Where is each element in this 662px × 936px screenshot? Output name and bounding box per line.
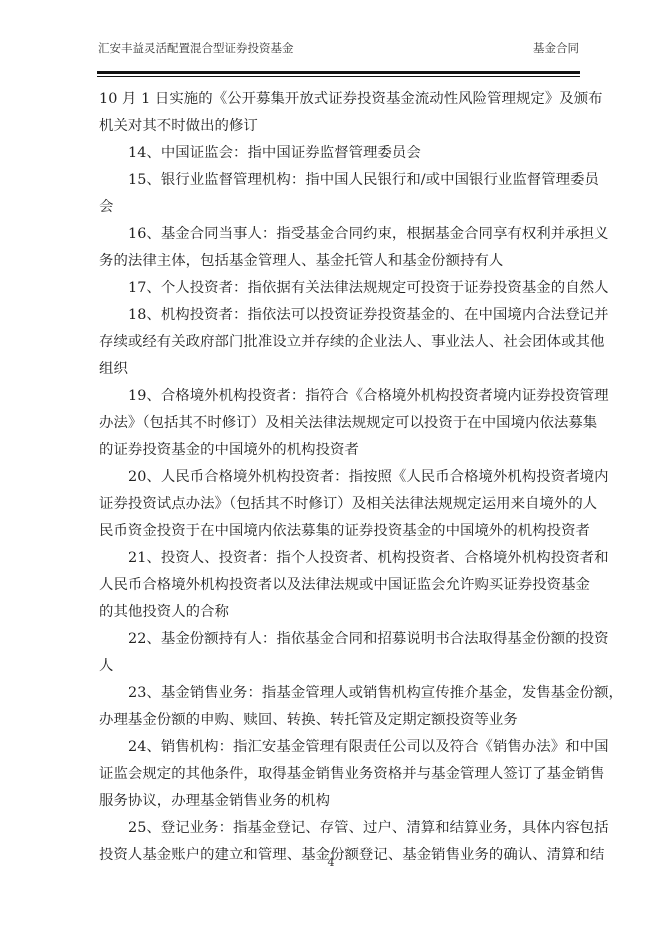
text-line: 人民币合格境外机构投资者以及法律法规或中国证监会允许购买证券投资基金 bbox=[99, 572, 581, 599]
text-line: 存续或经有关政府部门批准设立并存续的企业法人、事业法人、社会团体或其他 bbox=[99, 329, 581, 356]
text-line: 15、银行业监督管理机构：指中国人民银行和/或中国银行业监督管理委员 bbox=[99, 167, 581, 194]
text-line: 会 bbox=[99, 194, 581, 221]
text-line: 组织 bbox=[99, 356, 581, 383]
text-line: 办法》（包括其不时修订）及相关法律法规规定可以投资于在中国境内依法募集 bbox=[99, 410, 581, 437]
text-line: 25、登记业务：指基金登记、存管、过户、清算和结算业务，具体内容包括 bbox=[99, 815, 581, 842]
text-line: 的其他投资人的合称 bbox=[99, 599, 581, 626]
text-line: 17、个人投资者：指依据有关法律法规规定可投资于证券投资基金的自然人 bbox=[99, 275, 581, 302]
text-line: 民币资金投资于在中国境内依法募集的证券投资基金的中国境外的机构投资者 bbox=[99, 518, 581, 545]
text-line: 证券投资试点办法》（包括其不时修订）及相关法律法规规定运用来自境外的人 bbox=[99, 491, 581, 518]
text-line: 证监会规定的其他条件，取得基金销售业务资格并与基金管理人签订了基金销售 bbox=[99, 761, 581, 788]
document-body: 10 月 1 日实施的《公开募集开放式证券投资基金流动性风险管理规定》及颁布 机… bbox=[99, 86, 581, 869]
text-line: 20、人民币合格境外机构投资者：指按照《人民币合格境外机构投资者境内 bbox=[99, 464, 581, 491]
text-line: 19、合格境外机构投资者：指符合《合格境外机构投资者境内证券投资管理 bbox=[99, 383, 581, 410]
fund-name-header: 汇安丰益灵活配置混合型证券投资基金 bbox=[98, 40, 294, 56]
text-line: 14、中国证监会：指中国证券监督管理委员会 bbox=[99, 140, 581, 167]
header-rule-thin bbox=[97, 76, 580, 77]
text-line: 23、基金销售业务：指基金管理人或销售机构宣传推介基金，发售基金份额， bbox=[99, 680, 581, 707]
text-line: 服务协议，办理基金销售业务的机构 bbox=[99, 788, 581, 815]
text-line: 办理基金份额的申购、赎回、转换、转托管及定期定额投资等业务 bbox=[99, 707, 581, 734]
text-line: 的证券投资基金的中国境外的机构投资者 bbox=[99, 437, 581, 464]
text-line: 人 bbox=[99, 653, 581, 680]
text-line: 机关对其不时做出的修订 bbox=[99, 113, 581, 140]
document-type-header: 基金合同 bbox=[533, 40, 579, 56]
page-number: 4 bbox=[0, 856, 662, 869]
text-line: 18、机构投资者：指依法可以投资证券投资基金的、在中国境内合法登记并 bbox=[99, 302, 581, 329]
page-header: 汇安丰益灵活配置混合型证券投资基金 基金合同 bbox=[98, 40, 579, 60]
text-line: 21、投资人、投资者：指个人投资者、机构投资者、合格境外机构投资者和 bbox=[99, 545, 581, 572]
text-line: 10 月 1 日实施的《公开募集开放式证券投资基金流动性风险管理规定》及颁布 bbox=[99, 86, 581, 113]
text-line: 16、基金合同当事人：指受基金合同约束，根据基金合同享有权利并承担义 bbox=[99, 221, 581, 248]
text-line: 务的法律主体，包括基金管理人、基金托管人和基金份额持有人 bbox=[99, 248, 581, 275]
header-rule-thick bbox=[97, 71, 580, 74]
text-line: 22、基金份额持有人：指依基金合同和招募说明书合法取得基金份额的投资 bbox=[99, 626, 581, 653]
text-line: 24、销售机构：指汇安基金管理有限责任公司以及符合《销售办法》和中国 bbox=[99, 734, 581, 761]
